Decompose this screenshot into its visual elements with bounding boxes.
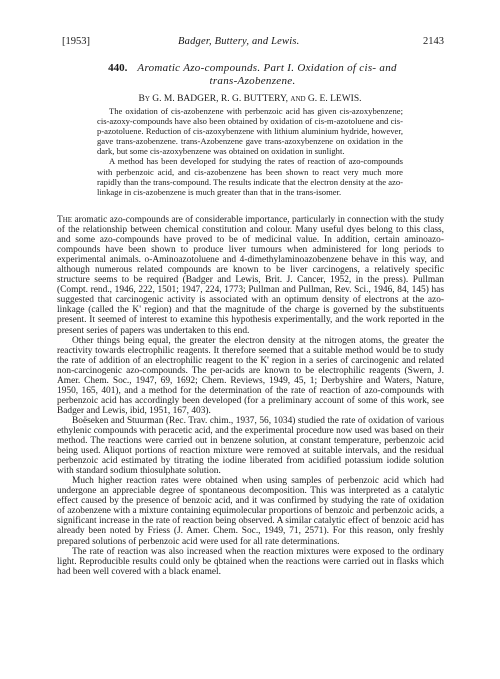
article-title: 440.Aromatic Azo-compounds. Part I. Oxid… [80, 62, 425, 88]
lead-smallcaps: The [57, 215, 72, 225]
journal-year: [1953] [62, 36, 90, 47]
journal-page: [1953] Badger, Buttery, and Lewis. 2143 … [0, 0, 500, 679]
article-number: 440. [108, 62, 127, 74]
title-line-1: Aromatic Azo-compounds. Part I. Oxidatio… [137, 62, 396, 74]
abstract-paragraph: The oxidation of cis-azobenzene with per… [97, 106, 403, 156]
byline: By G. M. BADGER, R. G. BUTTERY, and G. E… [0, 94, 500, 104]
article-body: The aromatic azo-compounds are of consid… [57, 215, 444, 577]
body-paragraph: Much higher reaction rates were obtained… [57, 476, 444, 546]
body-paragraph: The rate of reaction was also increased … [57, 547, 444, 577]
running-head-authors: Badger, Buttery, and Lewis. [178, 36, 299, 47]
title-line-2: trans-Azobenzene. [209, 75, 295, 87]
running-head: [1953] Badger, Buttery, and Lewis. 2143 [62, 36, 444, 50]
body-paragraph: Boëseken and Stuurman (Rec. Trav. chim.,… [57, 416, 444, 476]
page-number: 2143 [423, 36, 444, 47]
abstract-paragraph: A method has been developed for studying… [97, 156, 403, 196]
body-paragraph: Other things being equal, the greater th… [57, 336, 444, 416]
intro-text: aromatic azo-compounds are of considerab… [57, 215, 444, 336]
byline-text: By G. M. BADGER, R. G. BUTTERY, and G. E… [139, 94, 362, 104]
abstract: The oxidation of cis-azobenzene with per… [97, 106, 403, 197]
body-paragraph-intro: The aromatic azo-compounds are of consid… [57, 215, 444, 336]
